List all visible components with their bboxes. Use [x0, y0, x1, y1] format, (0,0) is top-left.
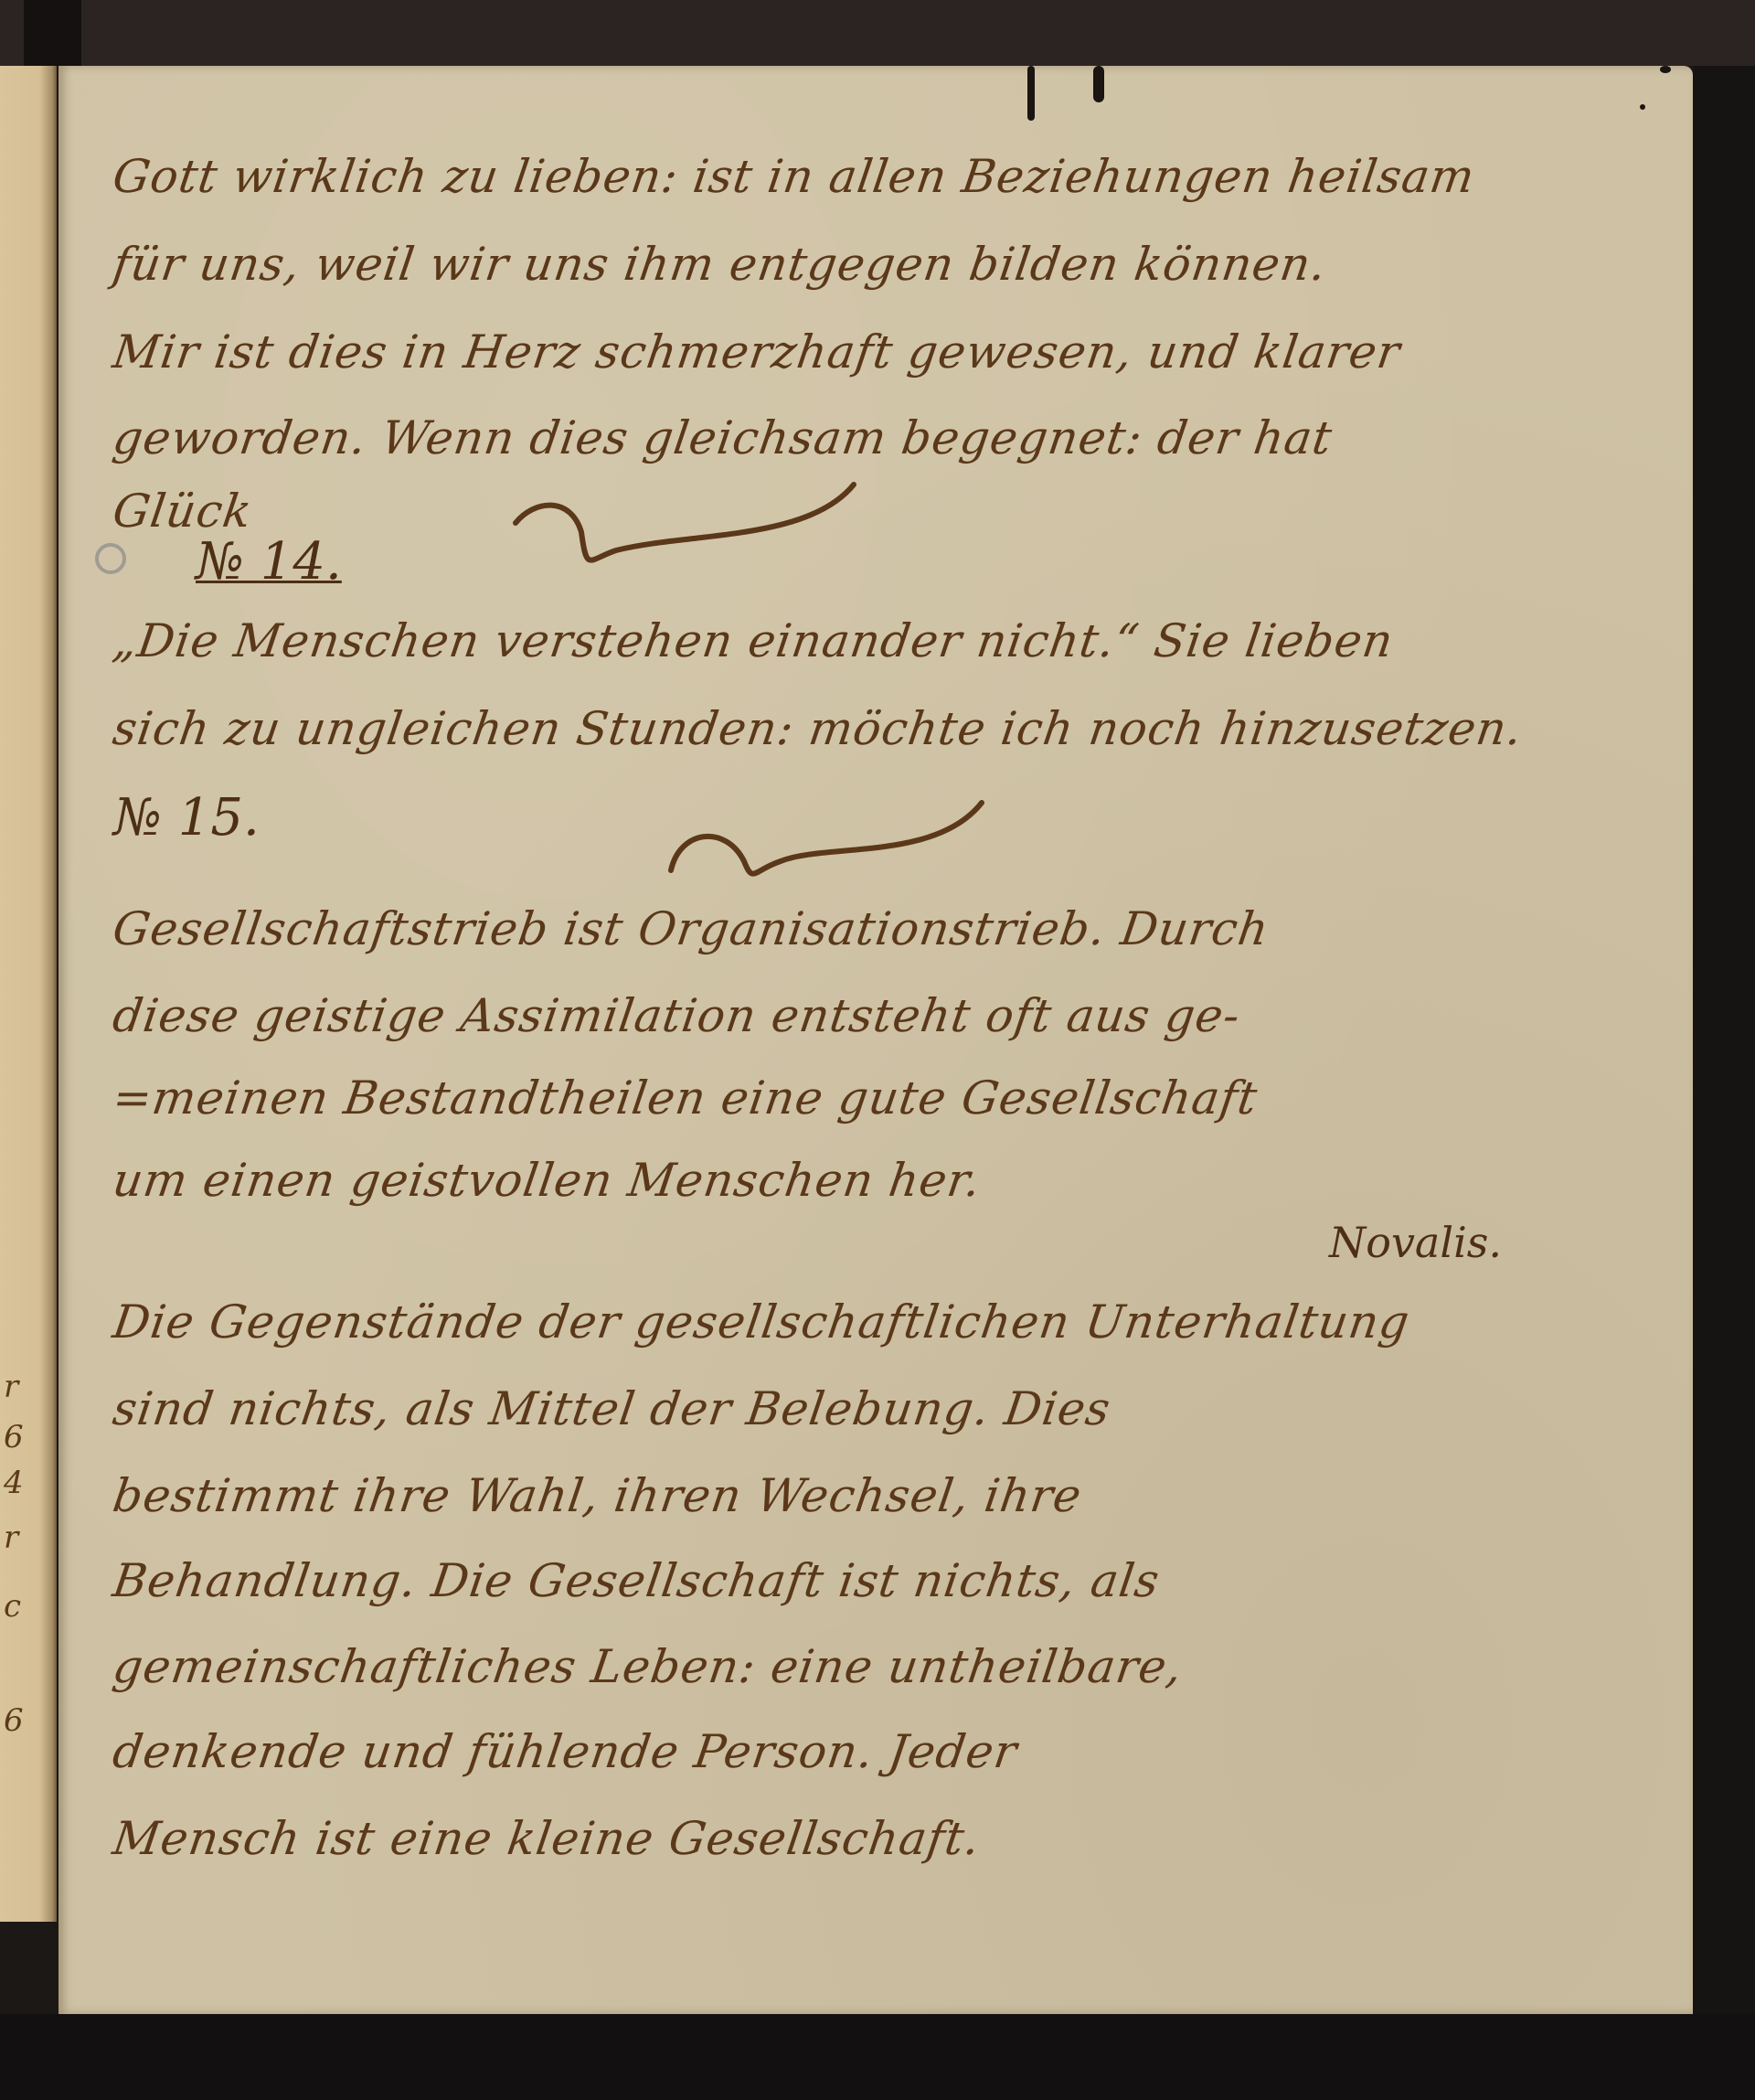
entry-heading: № 14. — [196, 532, 342, 592]
ink-mark — [1093, 66, 1104, 102]
facing-page-fragment: 4 — [4, 1465, 24, 1501]
separator-flourish — [607, 797, 991, 889]
top-background-band — [0, 0, 1755, 66]
text-line: bestimmt ihre Wahl, ihren Wechsel, ihre — [110, 1469, 1085, 1522]
stamp-ring — [95, 543, 126, 574]
text-line: Mir ist dies in Herz schmerzhaft gewesen… — [110, 325, 1404, 378]
text-line: sich zu ungleichen Stunden: möchte ich n… — [110, 702, 1526, 755]
facing-page-edge: r 6 4 r c 6 — [0, 66, 57, 1922]
text-line: sind nichts, als Mittel der Belebung. Di… — [110, 1382, 1114, 1435]
text-line: denkende und fühlende Person. Jeder — [110, 1725, 1021, 1778]
separator-flourish — [479, 477, 863, 578]
facing-page-fragment: r — [4, 1369, 18, 1405]
text-line: Mensch ist eine kleine Gesellschaft. — [110, 1812, 984, 1865]
facing-page-fragment: r — [4, 1519, 18, 1556]
binding-tab — [24, 0, 81, 66]
attribution-novalis: Novalis. — [1329, 1218, 1502, 1267]
text-line: Die Gegenstände der gesellschaftlichen U… — [110, 1295, 1413, 1348]
right-background-band — [1693, 66, 1755, 2100]
text-line: geworden. Wenn dies gleichsam begegnet: … — [110, 411, 1335, 464]
text-line: Gott wirklich zu lieben: ist in allen Be… — [110, 150, 1478, 203]
ink-mark — [1027, 66, 1035, 121]
bottom-background-band — [0, 2014, 1755, 2100]
text-line: Glück — [110, 485, 256, 538]
text-line: um einen geistvollen Menschen her. — [110, 1154, 984, 1207]
text-line: Behandlung. Die Gesellschaft ist nichts,… — [110, 1554, 1163, 1607]
facing-page-fragment: 6 — [4, 1702, 24, 1739]
facing-page-fragment: 6 — [4, 1419, 24, 1455]
facing-page-fragment: c — [4, 1588, 21, 1625]
text-line: für uns, weil wir uns ihm entgegen bilde… — [110, 238, 1330, 291]
text-line: gemeinschaftliches Leben: eine untheilba… — [110, 1640, 1186, 1693]
page-hole — [1660, 66, 1671, 73]
text-line: „Die Menschen verstehen einander nicht.“… — [110, 614, 1397, 667]
entry-heading: № 15. — [113, 788, 260, 847]
text-line: Gesellschaftstrieb ist Organisationstrie… — [110, 902, 1272, 955]
text-line: diese geistige Assimilation entsteht oft… — [110, 989, 1244, 1042]
page-hole — [1640, 104, 1645, 110]
manuscript-page: Gott wirklich zu lieben: ist in allen Be… — [58, 66, 1693, 2014]
text-line: =meinen Bestandtheilen eine gute Gesells… — [110, 1071, 1261, 1125]
